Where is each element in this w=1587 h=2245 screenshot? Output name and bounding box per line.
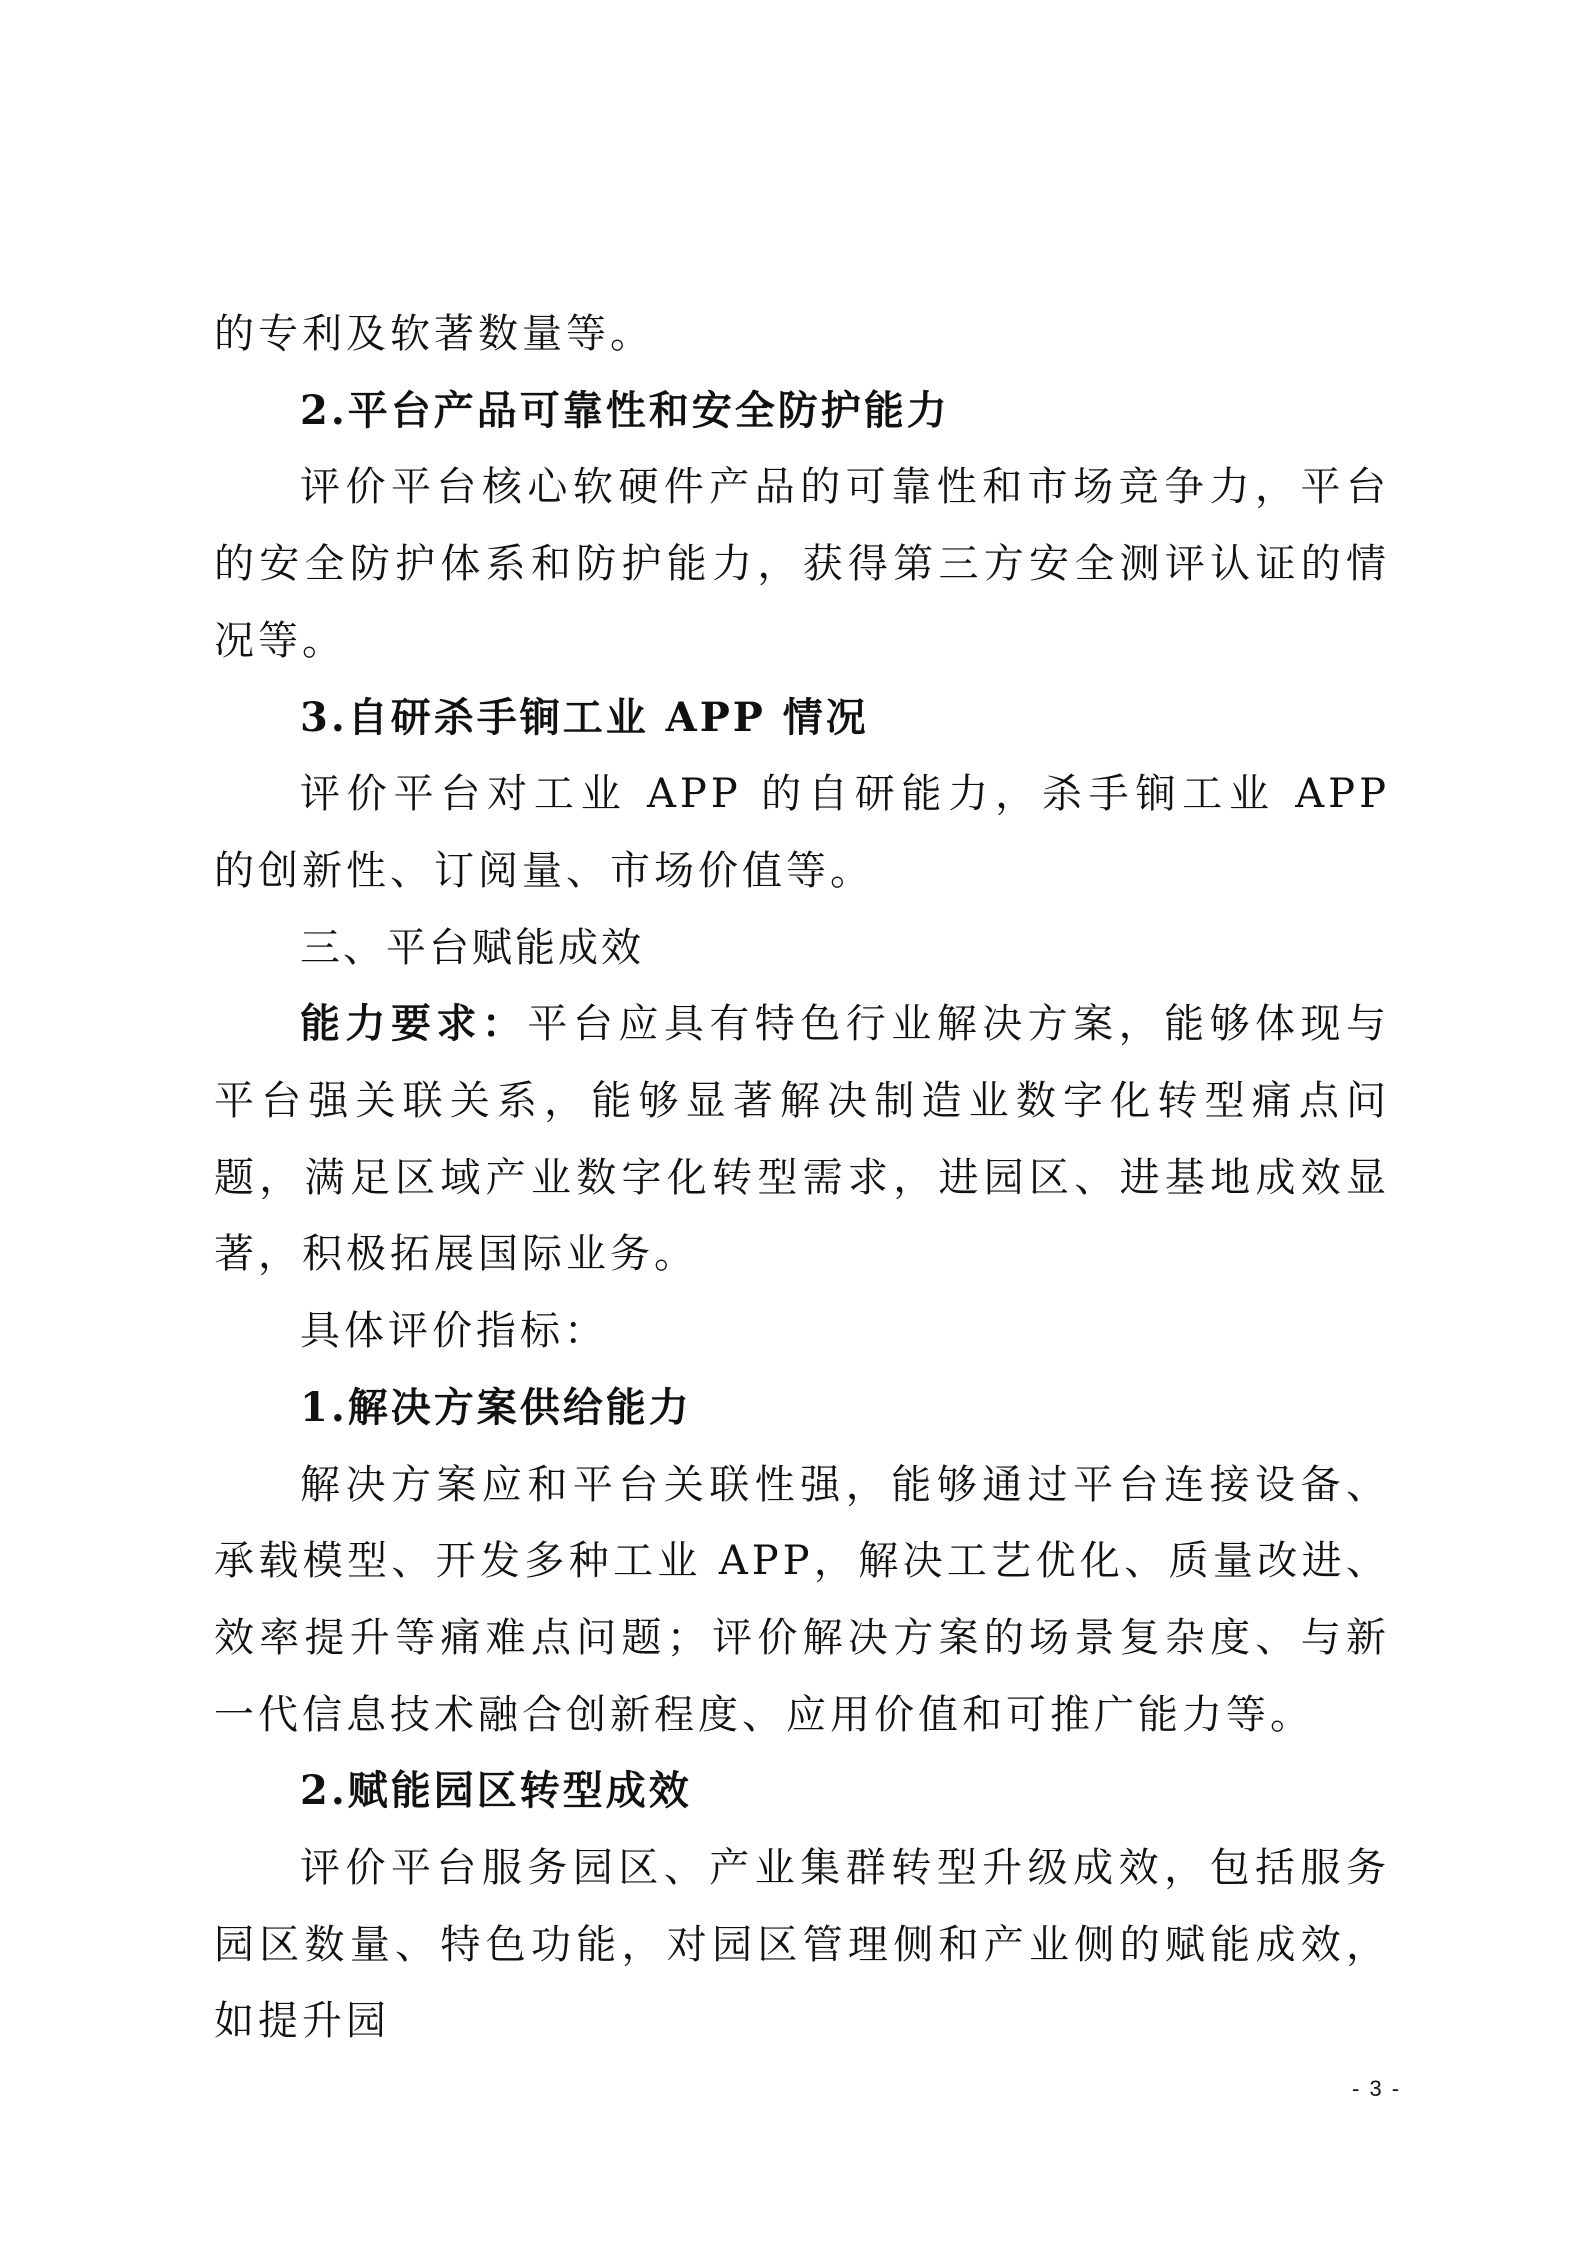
paragraph-industrial-app: 评价平台对工业 APP 的自研能力，杀手锏工业 APP 的创新性、订阅量、市场价… bbox=[214, 756, 1390, 909]
page-number: - 3 - bbox=[1352, 2076, 1401, 2102]
subheading-solution-supply: 1.解决方案供给能力 bbox=[214, 1370, 1390, 1447]
section-heading-empowerment: 三、平台赋能成效 bbox=[214, 910, 1390, 987]
capability-requirements-label: 能力要求： bbox=[300, 1000, 527, 1047]
subheading-platform-reliability: 2.平台产品可靠性和安全防护能力 bbox=[214, 373, 1390, 450]
paragraph-solution-supply: 解决方案应和平台关联性强，能够通过平台连接设备、承载模型、开发多种工业 APP，… bbox=[214, 1447, 1390, 1754]
paragraph-evaluation-indicators: 具体评价指标： bbox=[214, 1293, 1390, 1370]
subheading-industrial-app: 3.自研杀手锏工业 APP 情况 bbox=[214, 680, 1390, 757]
document-page: 的专利及软著数量等。 2.平台产品可靠性和安全防护能力 评价平台核心软硬件产品的… bbox=[214, 296, 1390, 2060]
paragraph-continuation: 的专利及软著数量等。 bbox=[214, 296, 1390, 373]
paragraph-reliability: 评价平台核心软硬件产品的可靠性和市场竞争力，平台的安全防护体系和防护能力，获得第… bbox=[214, 449, 1390, 679]
subheading-park-empowerment: 2.赋能园区转型成效 bbox=[214, 1753, 1390, 1830]
paragraph-park-empowerment: 评价平台服务园区、产业集群转型升级成效，包括服务园区数量、特色功能，对园区管理侧… bbox=[214, 1830, 1390, 2060]
paragraph-capability-requirements: 能力要求：平台应具有特色行业解决方案，能够体现与平台强关联关系，能够显著解决制造… bbox=[214, 986, 1390, 1293]
